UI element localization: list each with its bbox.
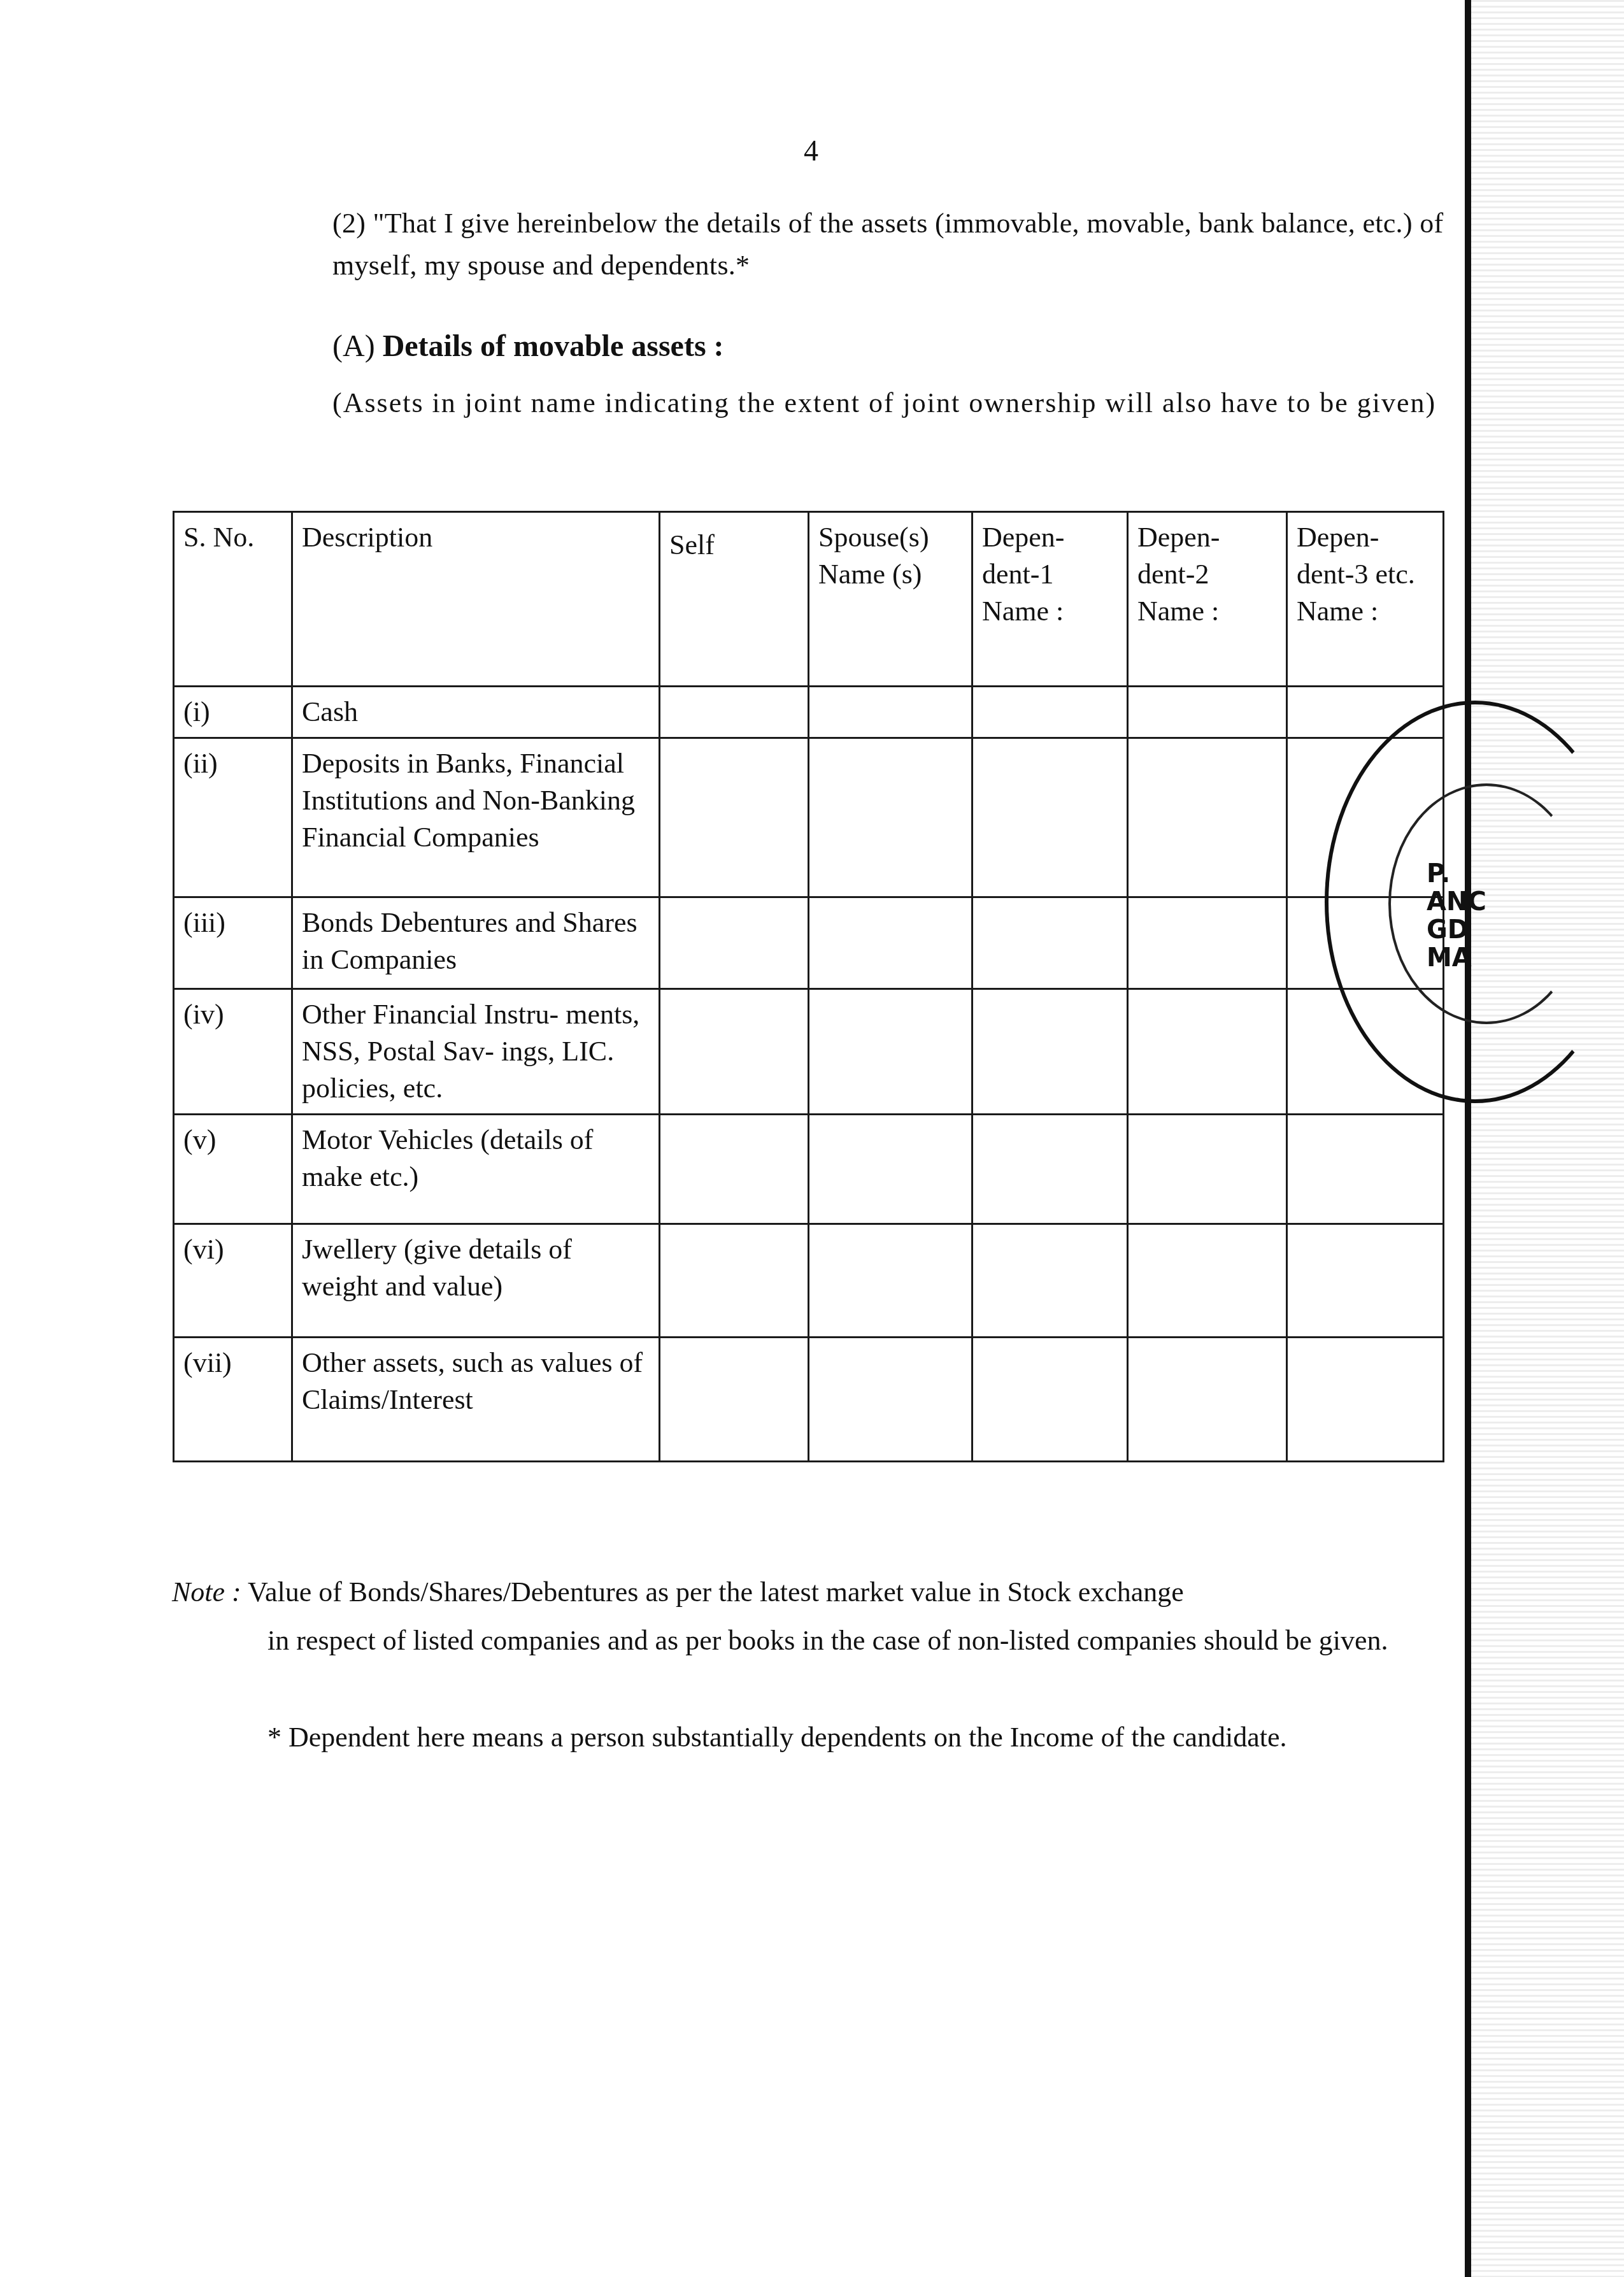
- row-description: Other Financial Instru- ments, NSS, Post…: [292, 989, 660, 1115]
- row-sno: (vi): [174, 1224, 292, 1338]
- row-sno: (ii): [174, 738, 292, 897]
- cell-spouse[interactable]: [809, 1338, 972, 1462]
- header-self: Self: [660, 512, 809, 687]
- table-row: (vi)Jwellery (give details of weight and…: [174, 1224, 1444, 1338]
- row-sno: (v): [174, 1115, 292, 1224]
- section-heading: (A) Details of movable assets :: [332, 329, 724, 364]
- cell-spouse[interactable]: [809, 897, 972, 989]
- header-dependent-3: Depen- dent-3 etc. Name :: [1287, 512, 1444, 687]
- cell-spouse[interactable]: [809, 738, 972, 897]
- cell-dependent-3[interactable]: [1287, 1338, 1444, 1462]
- cell-self[interactable]: [660, 989, 809, 1115]
- stamp-text-line: P.: [1427, 860, 1486, 888]
- row-sno: (iii): [174, 897, 292, 989]
- cell-dependent-1[interactable]: [972, 1338, 1128, 1462]
- cell-dependent-2[interactable]: [1128, 687, 1287, 738]
- official-stamp-text: P.ANCGDMA: [1427, 860, 1486, 972]
- table-row: (iii)Bonds Debentures and Shares in Comp…: [174, 897, 1444, 989]
- cell-dependent-1[interactable]: [972, 687, 1128, 738]
- stamp-text-line: MA: [1427, 944, 1486, 972]
- note-label: Note :: [172, 1576, 241, 1608]
- section-label: (A): [332, 329, 375, 363]
- page-number: 4: [804, 134, 818, 168]
- cell-dependent-2[interactable]: [1128, 1224, 1287, 1338]
- stamp-text-line: ANC: [1427, 888, 1486, 916]
- cell-dependent-3[interactable]: [1287, 1115, 1444, 1224]
- dependent-footnote: * Dependent here means a person substant…: [172, 1713, 1452, 1762]
- row-sno: (i): [174, 687, 292, 738]
- header-description: Description: [292, 512, 660, 687]
- cell-dependent-1[interactable]: [972, 1115, 1128, 1224]
- cell-dependent-2[interactable]: [1128, 1338, 1287, 1462]
- table-row: (v)Motor Vehicles (details of make etc.): [174, 1115, 1444, 1224]
- cell-self[interactable]: [660, 1224, 809, 1338]
- row-description: Motor Vehicles (details of make etc.): [292, 1115, 660, 1224]
- header-dependent-2: Depen- dent-2 Name :: [1128, 512, 1287, 687]
- table-row: (vii)Other assets, such as values of Cla…: [174, 1338, 1444, 1462]
- header-spouse: Spouse(s) Name (s): [809, 512, 972, 687]
- cell-spouse[interactable]: [809, 1224, 972, 1338]
- row-description: Jwellery (give details of weight and val…: [292, 1224, 660, 1338]
- official-stamp-inner-ring: [1388, 783, 1585, 1024]
- table-row: (ii)Deposits in Banks, Financial Institu…: [174, 738, 1444, 897]
- cell-self[interactable]: [660, 897, 809, 989]
- table-row: (iv)Other Financial Instru- ments, NSS, …: [174, 989, 1444, 1115]
- cell-self[interactable]: [660, 738, 809, 897]
- stamp-text-line: GD: [1427, 916, 1486, 944]
- scan-edge-shadow: [1471, 0, 1624, 2277]
- row-description: Bonds Debentures and Shares in Companies: [292, 897, 660, 989]
- cell-dependent-2[interactable]: [1128, 989, 1287, 1115]
- intro-paragraph: (2) "That I give hereinbelow the details…: [332, 203, 1453, 287]
- table-row: (i)Cash: [174, 687, 1444, 738]
- table-header-row: S. No. Description Self Spouse(s) Name (…: [174, 512, 1444, 687]
- cell-spouse[interactable]: [809, 687, 972, 738]
- cell-spouse[interactable]: [809, 989, 972, 1115]
- cell-self[interactable]: [660, 687, 809, 738]
- header-dependent-1: Depen- dent-1 Name :: [972, 512, 1128, 687]
- note-text-rest: in respect of listed companies and as pe…: [172, 1617, 1452, 1665]
- cell-dependent-1[interactable]: [972, 738, 1128, 897]
- row-sno: (iv): [174, 989, 292, 1115]
- cell-self[interactable]: [660, 1338, 809, 1462]
- note-block: Note : Value of Bonds/Shares/Debentures …: [172, 1568, 1452, 1665]
- cell-self[interactable]: [660, 1115, 809, 1224]
- scan-edge-line: [1465, 0, 1471, 2277]
- section-title: Details of movable assets :: [383, 329, 724, 363]
- header-sno: S. No.: [174, 512, 292, 687]
- cell-dependent-1[interactable]: [972, 1224, 1128, 1338]
- cell-spouse[interactable]: [809, 1115, 972, 1224]
- row-description: Other assets, such as values of Claims/I…: [292, 1338, 660, 1462]
- row-description: Cash: [292, 687, 660, 738]
- cell-dependent-1[interactable]: [972, 897, 1128, 989]
- cell-dependent-3[interactable]: [1287, 1224, 1444, 1338]
- cell-dependent-1[interactable]: [972, 989, 1128, 1115]
- movable-assets-table: S. No. Description Self Spouse(s) Name (…: [173, 511, 1444, 1462]
- cell-dependent-2[interactable]: [1128, 897, 1287, 989]
- row-description: Deposits in Banks, Financial Institution…: [292, 738, 660, 897]
- cell-dependent-2[interactable]: [1128, 1115, 1287, 1224]
- note-text-line1: Value of Bonds/Shares/Debentures as per …: [248, 1576, 1184, 1608]
- cell-dependent-2[interactable]: [1128, 738, 1287, 897]
- row-sno: (vii): [174, 1338, 292, 1462]
- section-subnote: (Assets in joint name indicating the ext…: [332, 382, 1453, 424]
